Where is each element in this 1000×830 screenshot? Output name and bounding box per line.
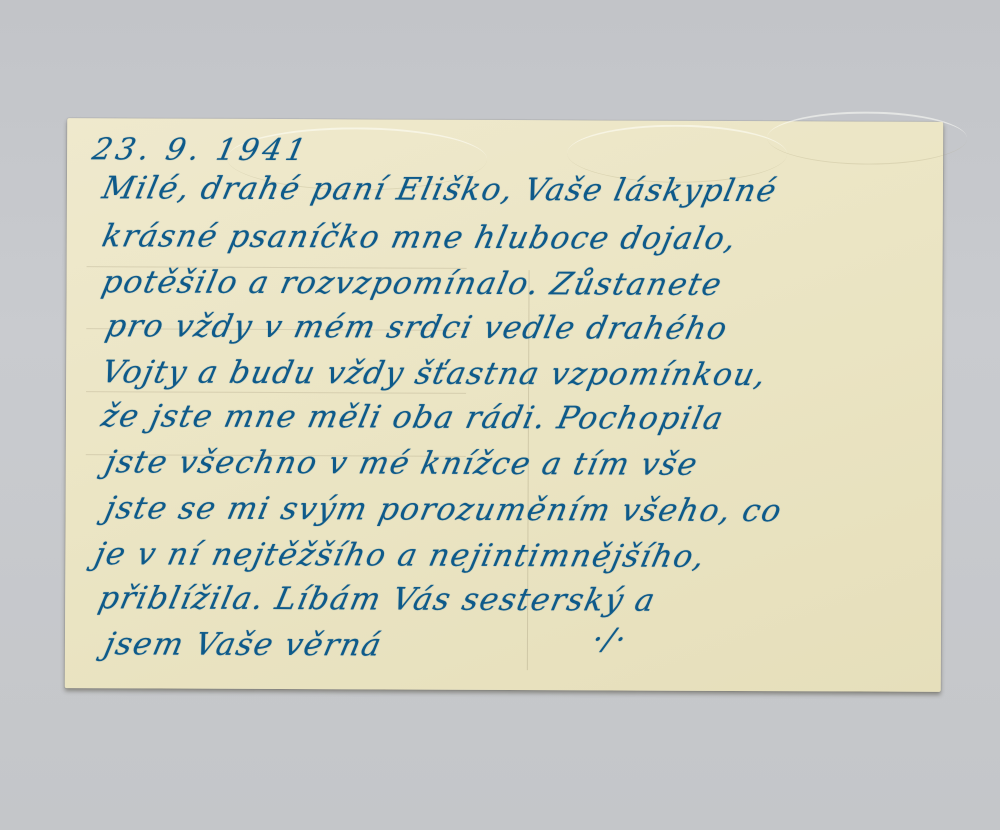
letter-line: pro vždy v mém srdci vedle drahého (102, 308, 731, 347)
signature-mark: ·/· (589, 622, 630, 657)
embossed-wave (767, 111, 967, 165)
letter-line: Vojty a budu vždy šťastna vzpomínkou, (98, 354, 770, 393)
letter-date: 23. 9. 1941 (89, 132, 312, 168)
handwritten-postcard: 23. 9. 1941 Milé, drahé paní Eliško, Vaš… (65, 118, 943, 692)
letter-line: potěšilo a rozvzpomínalo. Zůstanete (99, 264, 726, 303)
letter-line: přiblížila. Líbám Vás sesterský a (95, 580, 659, 618)
letter-line: že jste mne měli oba rádi. Pochopila (98, 398, 728, 437)
letter-line: Milé, drahé paní Eliško, Vaše láskyplné (99, 170, 781, 209)
letter-line: jsem Vaše věrná (101, 626, 386, 663)
letter-line: je v ní nejtěžšího a nejintimnějšího, (91, 536, 709, 575)
letter-line: jste všechno v mé knížce a tím vše (102, 444, 702, 483)
letter-line: krásné psaníčko mne hluboce dojalo, (99, 218, 741, 257)
letter-line: jste se mi svým porozuměním všeho, co (102, 490, 786, 529)
